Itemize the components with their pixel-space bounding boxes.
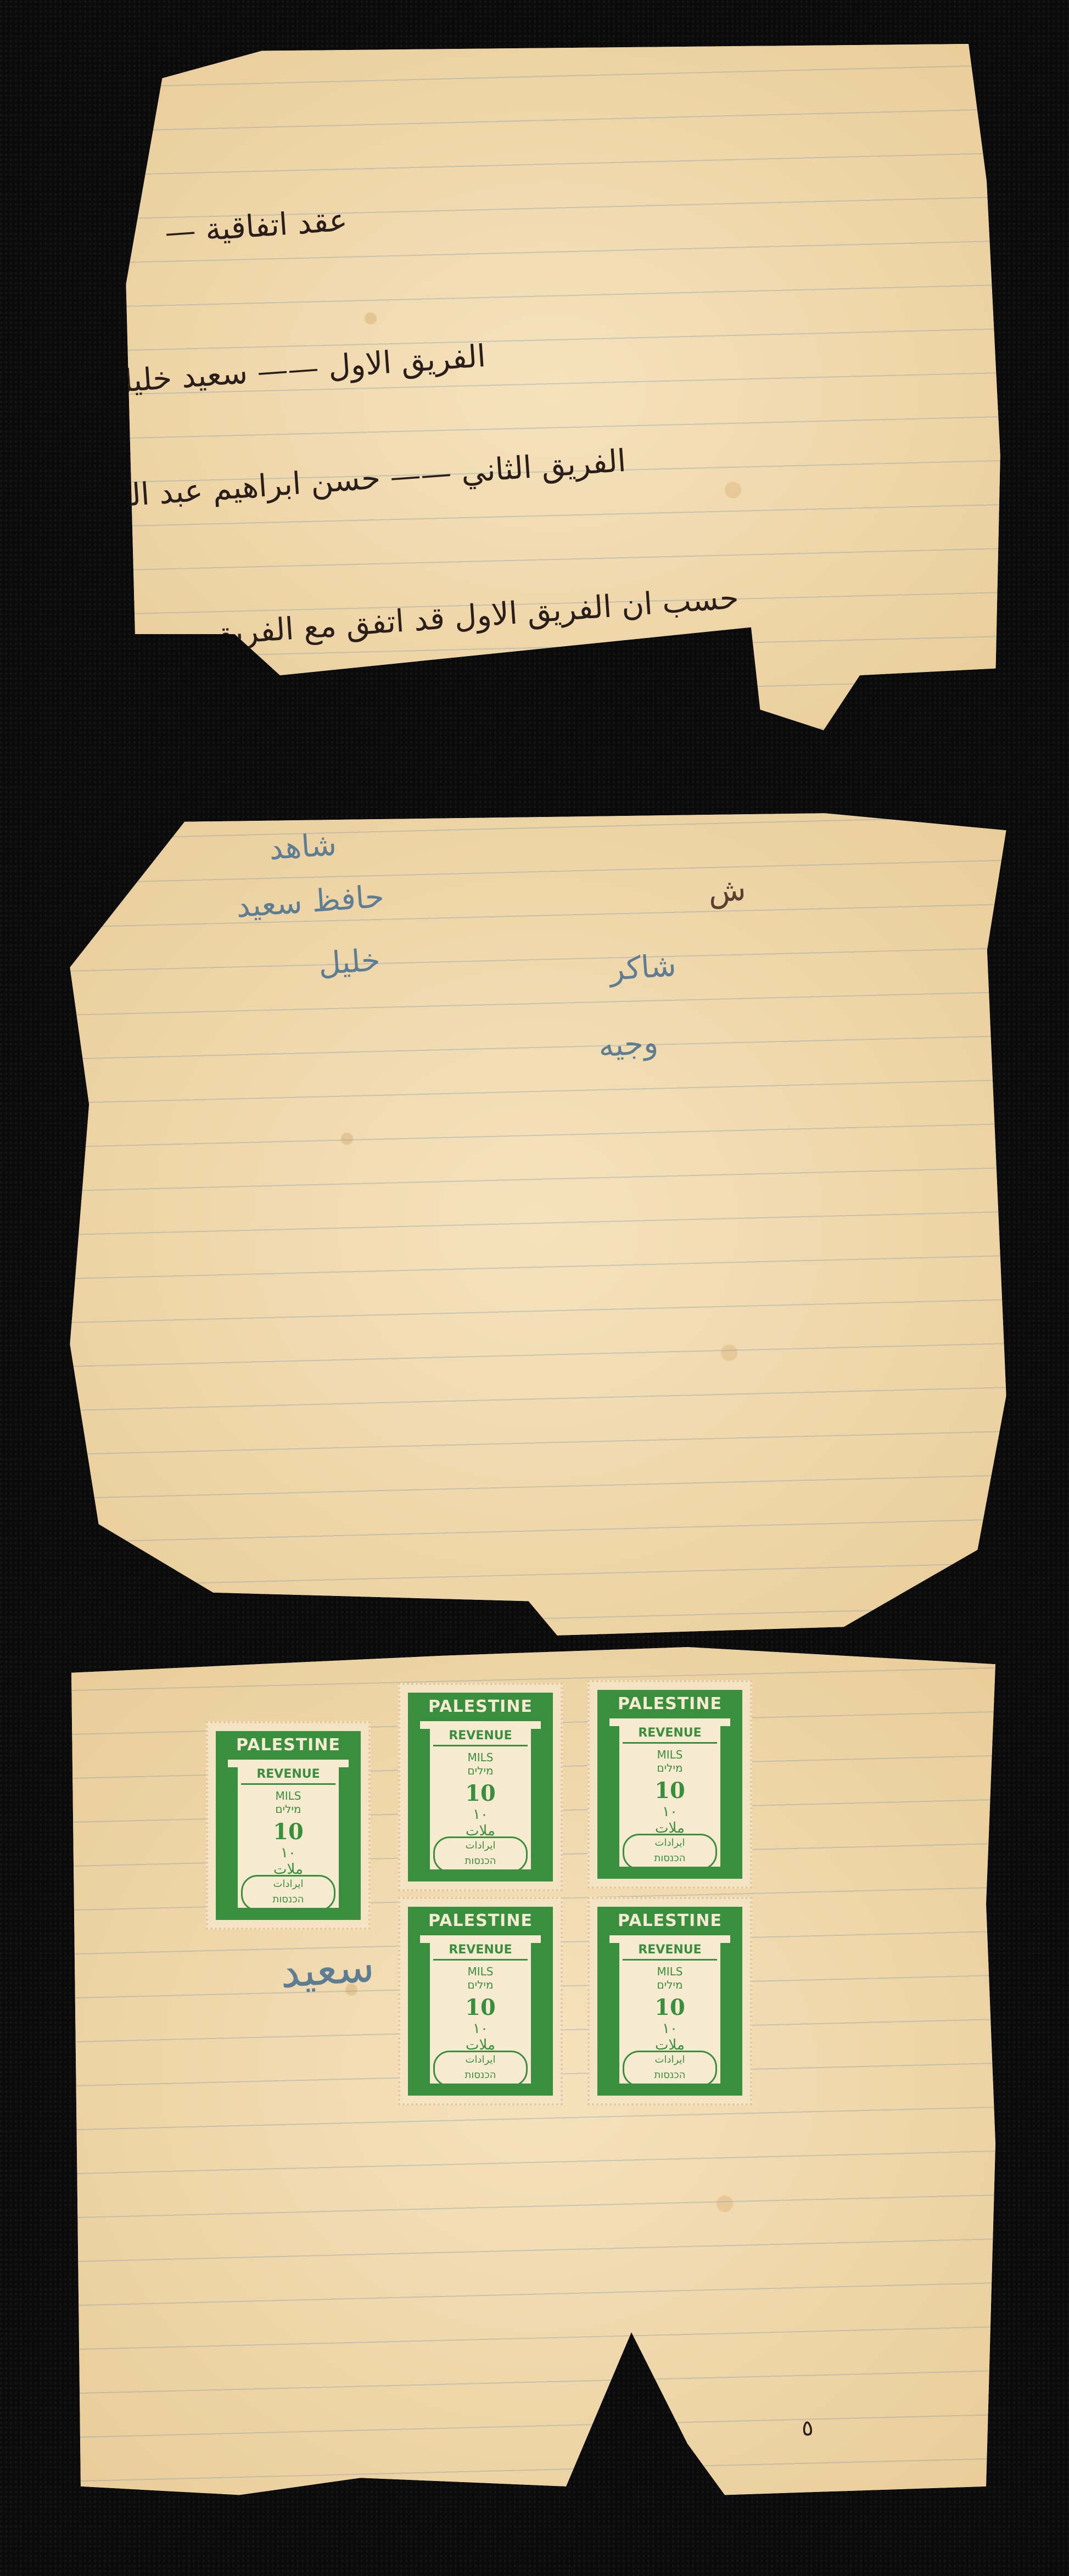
stamp-country: PALESTINE xyxy=(408,1907,553,1935)
stamp-unit-hebrew: מילים xyxy=(433,1978,528,1991)
stamp-value: 10 xyxy=(433,1995,528,2020)
stamp-footer-arabic: ايرادات xyxy=(435,2052,526,2068)
document-fragment-top: عقد اتفاقية — الفريق الاول —— سعيد خليل … xyxy=(99,44,1005,730)
right-mark: ش xyxy=(707,872,747,910)
stamp-value-arabic: ١٠ xyxy=(241,1845,335,1861)
revenue-stamp: PALESTINE REVENUE MILS מילים 10 ١٠ ملات … xyxy=(587,1680,752,1889)
handwritten-line-party-one: الفريق الاول —— سعيد خليل xyxy=(109,338,487,400)
stamp-type: REVENUE xyxy=(433,1943,528,1961)
stamp-footer-hebrew: הכנסות xyxy=(435,1853,526,1869)
stamp-unit-hebrew: מילים xyxy=(623,1761,717,1774)
stamp-unit: MILS xyxy=(433,1965,528,1978)
witness-name-1: حافظ سعيد xyxy=(235,879,385,925)
stamp-unit-hebrew: מילים xyxy=(241,1802,335,1816)
stamp-value: 10 xyxy=(623,1778,717,1804)
stamp-unit: MILS xyxy=(623,1748,717,1761)
revenue-stamp: PALESTINE REVENUE MILS מילים 10 ١٠ ملات … xyxy=(587,1897,752,2105)
stamp-value: 10 xyxy=(241,1819,335,1845)
stamp-footer-arabic: ايرادات xyxy=(624,1835,715,1851)
stamp-value-arabic: ١٠ xyxy=(623,2020,717,2037)
stamp-country: PALESTINE xyxy=(216,1731,361,1760)
stamp-footer-hebrew: הכנסות xyxy=(624,2068,715,2083)
stamp-country: PALESTINE xyxy=(597,1907,742,1935)
stamp-footer-hebrew: הכנסות xyxy=(243,1892,334,1907)
right-name-1: شاكر xyxy=(608,948,678,988)
right-name-2: وجيه xyxy=(597,1024,659,1064)
stamp-type: REVENUE xyxy=(623,1943,717,1961)
stamp-unit: MILS xyxy=(241,1789,335,1802)
stamp-country: PALESTINE xyxy=(597,1690,742,1718)
witness-name-2: خليل xyxy=(317,942,382,982)
revenue-stamp: PALESTINE REVENUE MILS מילים 10 ١٠ ملات … xyxy=(398,1683,563,1891)
stamp-footer-hebrew: הכנסות xyxy=(435,2068,526,2083)
stamp-value: 10 xyxy=(623,1995,717,2020)
witness-label: شاهد xyxy=(268,827,338,867)
stamp-footer-hebrew: הכנסות xyxy=(624,1851,715,1866)
document-fragment-middle: شاهد حافظ سعيد خليل ش شاكر وجيه xyxy=(60,796,1016,1653)
stamp-unit: MILS xyxy=(433,1751,528,1764)
signature: سعيد xyxy=(278,1940,376,1998)
stamp-value-arabic: ١٠ xyxy=(623,1804,717,1820)
revenue-stamp: PALESTINE REVENUE MILS מילים 10 ١٠ ملات … xyxy=(206,1721,371,1930)
stamp-value-arabic: ١٠ xyxy=(433,1806,528,1823)
stamp-value-arabic: ١٠ xyxy=(433,2020,528,2037)
stamp-type: REVENUE xyxy=(623,1726,717,1744)
handwritten-title: عقد اتفاقية — xyxy=(164,202,349,250)
handwritten-line-party-two: الفريق الثاني —— حسن ابراهيم عبد الله xyxy=(104,443,627,515)
stamp-unit-hebrew: מילים xyxy=(433,1764,528,1777)
stamp-type: REVENUE xyxy=(433,1729,528,1746)
stamp-unit: MILS xyxy=(623,1965,717,1978)
stamp-value: 10 xyxy=(433,1780,528,1806)
stamp-unit-hebrew: מילים xyxy=(623,1978,717,1991)
stamp-footer-arabic: ايرادات xyxy=(624,2052,715,2068)
revenue-stamp: PALESTINE REVENUE MILS מילים 10 ١٠ ملات … xyxy=(398,1897,563,2105)
stamp-type: REVENUE xyxy=(241,1767,335,1785)
stamp-country: PALESTINE xyxy=(408,1693,553,1721)
stamp-footer-arabic: ايرادات xyxy=(243,1877,334,1892)
corner-mark: ٥ xyxy=(801,2415,814,2441)
stamp-footer-arabic: ايرادات xyxy=(435,1838,526,1853)
